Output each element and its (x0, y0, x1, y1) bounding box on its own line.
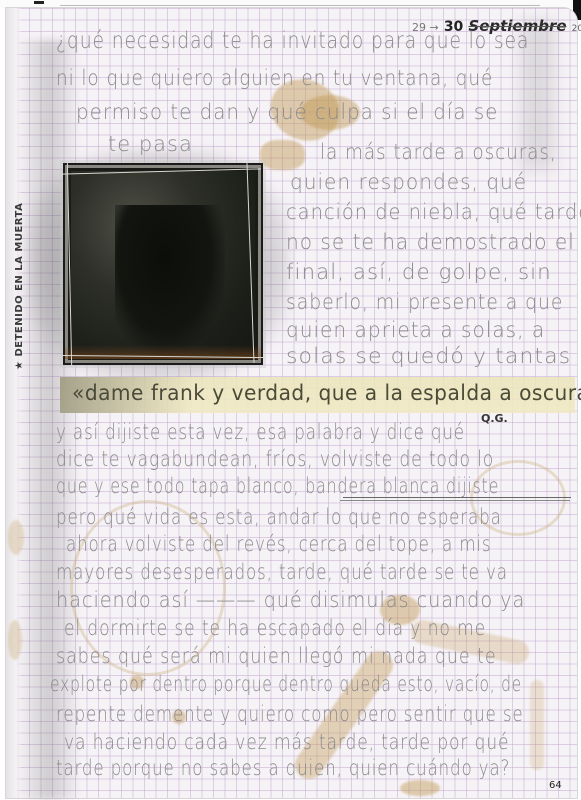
quote-attribution: Q.G. (481, 412, 508, 425)
handwritten-line: mayores desesperados, tarde, qué tarde s… (56, 560, 508, 584)
handwritten-line: el dormirte se te ha escapado el día y n… (64, 616, 486, 640)
handwritten-line: quien respondes, qué (290, 170, 527, 194)
handwritten-line: y así dijiste esta vez, esa palabra y di… (56, 420, 465, 444)
handwritten-line: dice te vagabundean, fríos, volviste de … (56, 447, 494, 471)
photo-frame-scratch (61, 168, 261, 174)
handwritten-line: va haciendo cada vez más tarde, tarde po… (64, 730, 509, 754)
handwritten-line: solas se quedó y tantas (286, 344, 571, 368)
handwritten-line: ni lo que quiero alguien en tu ventana, … (56, 66, 493, 90)
handwritten-line: pero qué vida es esta, andar lo que no e… (56, 505, 502, 529)
photo-figure-silhouette (115, 205, 225, 355)
coffee-stain (8, 520, 24, 555)
underline-bandera-blanca (343, 497, 571, 498)
notebook-binding-edge (6, 8, 22, 798)
handwritten-line: repente demente y quiero como pero senti… (56, 702, 524, 726)
photo-side-caption: ★ DETENIDO EN LA MUERTA (14, 170, 25, 370)
handwritten-line: explote por dentro porque dentro queda e… (50, 672, 522, 696)
handwritten-line: la más tarde a oscuras, (320, 140, 557, 164)
handwritten-line: te pasa (108, 132, 193, 156)
photo-frame-scratch (247, 163, 255, 363)
coffee-stain (8, 620, 22, 660)
handwritten-line: sabes qué será mi quien llegó mi nada qu… (56, 644, 497, 668)
photo-frame-scratch (67, 161, 72, 366)
coffee-stain (530, 680, 544, 770)
handwritten-line: tarde porque no sabes a quien, quien cuá… (56, 756, 510, 780)
taped-photograph (63, 163, 263, 365)
page-number: 64 (549, 780, 562, 791)
scan-top-edge (0, 0, 581, 8)
scan-mark (34, 1, 44, 4)
quoted-lyric: «dame frank y verdad, que a la espalda a… (72, 381, 581, 405)
handwritten-line: canción de niebla, qué tarde (286, 200, 581, 224)
handwritten-line: quien aprieta a solas, a (286, 318, 545, 342)
date-year: 2009 (572, 24, 581, 34)
handwritten-line: final, así, de golpe, sin (286, 260, 552, 284)
scan-edge-line (60, 5, 540, 6)
handwritten-line: haciendo así ——— qué disimulas cuando ya (56, 588, 525, 612)
handwritten-line: no se te ha demostrado el (286, 230, 575, 254)
underline-bandera-blanca-second (340, 500, 570, 501)
handwritten-line: ahora volviste del revés, cerca del tope… (66, 532, 491, 556)
handwritten-line: que y ese todo tapa blanco, bandera blan… (56, 474, 499, 498)
handwritten-line: ¿qué necesidad te ha invitado para que l… (56, 28, 529, 54)
coffee-stain (400, 780, 440, 796)
handwritten-line: permiso te dan y qué culpa si el día se (76, 100, 498, 124)
handwritten-line: saberlo, mi presente a que (286, 290, 563, 314)
